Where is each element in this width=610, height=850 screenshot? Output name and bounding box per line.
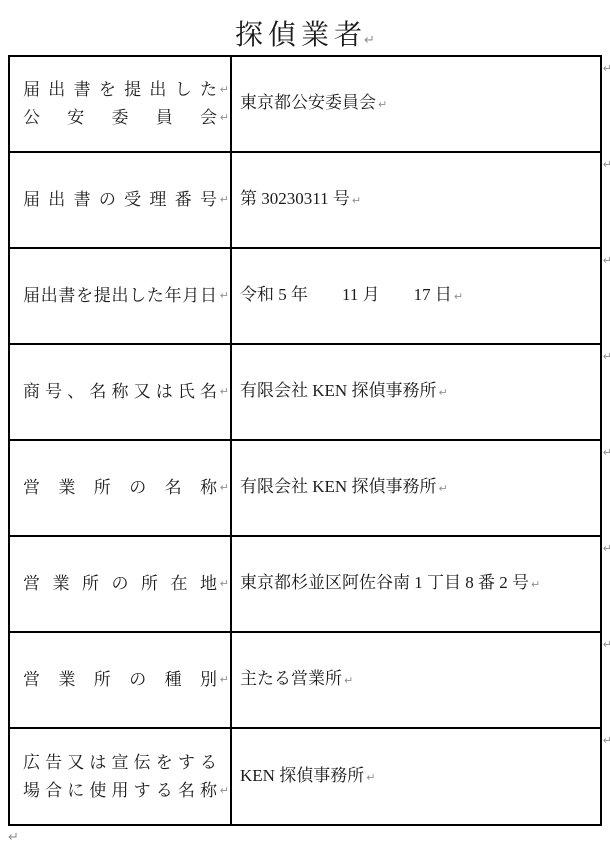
row-label-cell: 届出書を提出した↵ 公安委員会↵ [10,57,232,151]
row-label: 営業所の所在地 [23,574,217,593]
row-label-cell: 営業所の種別↵ [10,633,232,727]
page-title: 探偵業者 [235,20,367,51]
cell-end-mark: ↵ [352,194,361,207]
row-end-mark: ↵ [603,735,610,746]
row-value: 主たる営業所 [240,669,342,688]
row-value-cell: 令和 5 年 11 月 17 日↵ [232,249,600,343]
row-end-mark: ↵ [603,447,610,458]
row-value: 有限会社 KEN 探偵事務所 [240,477,436,496]
row-value-cell: 主たる営業所↵ [232,633,600,727]
cell-end-mark: ↵ [220,578,229,589]
row-value-cell: 有限会社 KEN 探偵事務所↵ [232,441,600,535]
cell-end-mark: ↵ [366,771,375,784]
row-value: 令和 5 年 11 月 17 日 [240,285,452,304]
row-value: 東京都杉並区阿佐谷南 1 丁目 8 番 2 号 [240,573,529,592]
table-row: 営業所の種別↵ 主たる営業所↵ ↵ [10,633,600,729]
table-row: 広告又は宣伝をする 場合に使用する名称↵ KEN 探偵事務所↵ ↵ [10,729,600,824]
cell-end-mark: ↵ [438,482,447,495]
cell-end-mark: ↵ [454,290,463,303]
table-row: 届出書を提出した年月日↵ 令和 5 年 11 月 17 日↵ ↵ [10,249,600,345]
row-value: 第 30230311 号 [240,189,350,208]
row-label-cell: 届出書を提出した年月日↵ [10,249,232,343]
line-break-mark: ↵ [220,84,229,95]
cell-end-mark: ↵ [220,386,229,397]
row-value: 東京都公安委員会 [240,93,376,112]
row-label: 営業所の名称 [23,478,217,497]
row-value: 有限会社 KEN 探偵事務所 [240,381,436,400]
document-page: 探偵業者↵ 届出書を提出した↵ 公安委員会↵ 東京都公安委員会↵ ↵ 届出書の受… [0,0,610,850]
row-label-cell: 広告又は宣伝をする 場合に使用する名称↵ [10,729,232,824]
row-end-mark: ↵ [603,255,610,266]
row-end-mark: ↵ [603,351,610,362]
cell-end-mark: ↵ [220,290,229,301]
row-end-mark: ↵ [603,159,610,170]
row-label: 届出書を提出した年月日 [23,286,217,305]
end-paragraph: ↵ [8,829,610,845]
row-label-cell: 商号、名称又は氏名↵ [10,345,232,439]
row-label: 広告又は宣伝をする [23,753,217,772]
row-value-cell: 東京都杉並区阿佐谷南 1 丁目 8 番 2 号↵ [232,537,600,631]
row-label: 届出書を提出した [23,80,217,99]
row-value-cell: 有限会社 KEN 探偵事務所↵ [232,345,600,439]
row-end-mark: ↵ [603,63,610,74]
row-label: 場合に使用する名称 [23,781,217,800]
table-row: 商号、名称又は氏名↵ 有限会社 KEN 探偵事務所↵ ↵ [10,345,600,441]
row-label: 届出書の受理番号 [23,190,217,209]
row-value: KEN 探偵事務所 [240,766,364,785]
cell-end-mark: ↵ [220,674,229,685]
row-label: 営業所の種別 [23,670,217,689]
table-row: 届出書の受理番号↵ 第 30230311 号↵ ↵ [10,153,600,249]
row-value-cell: 第 30230311 号↵ [232,153,600,247]
cell-end-mark: ↵ [220,194,229,205]
cell-end-mark: ↵ [344,674,353,687]
row-label-cell: 営業所の所在地↵ [10,537,232,631]
table-row: 営業所の所在地↵ 東京都杉並区阿佐谷南 1 丁目 8 番 2 号↵ ↵ [10,537,600,633]
row-label: 公安委員会 [23,108,217,127]
row-label: 商号、名称又は氏名 [23,382,217,401]
row-label-cell: 営業所の名称↵ [10,441,232,535]
paragraph-mark: ↵ [364,33,375,48]
cell-end-mark: ↵ [438,386,447,399]
row-value-cell: 東京都公安委員会↵ [232,57,600,151]
cell-end-mark: ↵ [531,578,540,591]
cell-end-mark: ↵ [220,112,229,123]
detective-registration-table: 届出書を提出した↵ 公安委員会↵ 東京都公安委員会↵ ↵ 届出書の受理番号↵ 第… [8,55,602,826]
cell-end-mark: ↵ [378,98,387,111]
table-row: 届出書を提出した↵ 公安委員会↵ 東京都公安委員会↵ ↵ [10,57,600,153]
row-end-mark: ↵ [603,639,610,650]
cell-end-mark: ↵ [220,785,229,796]
row-label-cell: 届出書の受理番号↵ [10,153,232,247]
row-end-mark: ↵ [603,543,610,554]
end-paragraph-mark: ↵ [8,830,19,845]
table-row: 営業所の名称↵ 有限会社 KEN 探偵事務所↵ ↵ [10,441,600,537]
cell-end-mark: ↵ [220,482,229,493]
row-value-cell: KEN 探偵事務所↵ [232,729,600,824]
title-block: 探偵業者↵ [0,0,610,42]
